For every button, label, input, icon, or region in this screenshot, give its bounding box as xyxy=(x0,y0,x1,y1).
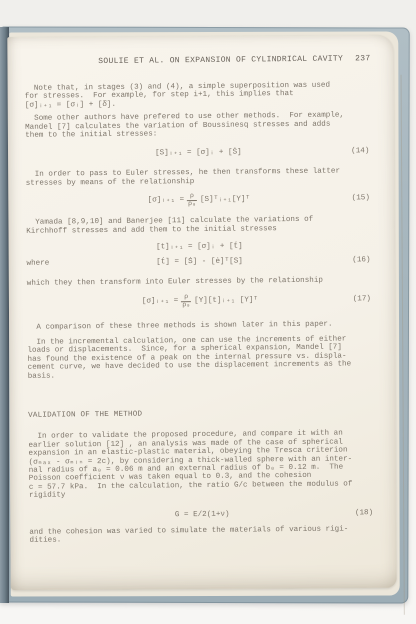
paragraph-superposition: Note that, in stages (3) and (4), a simp… xyxy=(25,81,371,110)
equation-15-number: (15) xyxy=(352,190,370,206)
equation-16-expr: [ṫ] = [Ṡ] - [ė]ᵀ[S] xyxy=(156,258,243,267)
section-heading-validation: VALIDATION OF THE METHOD xyxy=(28,408,374,420)
equation-18: G = E/2(1+ν) (18) xyxy=(29,508,375,522)
fraction-rho-rho0: ρ ρ₀ xyxy=(187,193,197,207)
paragraph-yamada-banerjee: Yamada [8,9,10] and Banerjee [11] calcul… xyxy=(26,215,372,235)
paragraph-validation: In order to validate the proposed proced… xyxy=(28,430,375,501)
equation-17: [σ]ᵢ₊₁ = ρ ρ₀ [Y][t]ᵢ₊₁ [Y]ᵀ (17) xyxy=(27,292,373,312)
paragraph-other-authors: Some other authors have prefered to use … xyxy=(25,111,371,140)
book-photo: SOULIE ET AL. ON EXPANSION OF CYLINDRICA… xyxy=(0,0,416,624)
fraction-rho-rho0-2: ρ ρ₀ xyxy=(181,295,191,309)
paragraph-comparison: A comparison of these three methods is s… xyxy=(27,321,373,333)
running-title: SOULIE ET AL. ON EXPANSION OF CYLINDRICA… xyxy=(98,55,343,67)
equation-kirchhoff-sum: [t]ᵢ₊₁ = [σ]ᵢ + [ṫ] xyxy=(26,240,372,254)
equation-16: where [ṫ] = [Ṡ] - [ė]ᵀ[S] (16) xyxy=(26,255,372,269)
equation-17-number: (17) xyxy=(353,292,371,308)
equation-14: [S]ᵢ₊₁ = [σ]ᵢ + [Ṡ] (14) xyxy=(25,147,371,161)
page-text: SOULIE ET AL. ON EXPANSION OF CYLINDRICA… xyxy=(24,54,375,545)
running-header: SOULIE ET AL. ON EXPANSION OF CYLINDRICA… xyxy=(24,54,370,67)
equation-17-rhs: [Y][t]ᵢ₊₁ [Y]ᵀ xyxy=(194,293,258,310)
paragraph-cohesion-varied: and the cohesion was varied to simulate … xyxy=(29,525,375,545)
paragraph-transform-euler: which they then transform into Euler str… xyxy=(27,276,373,288)
equation-16-where-label: where xyxy=(26,259,49,269)
book-page: SOULIE ET AL. ON EXPANSION OF CYLINDRICA… xyxy=(7,35,396,590)
paragraph-incremental: In the incremental calculation, one can … xyxy=(27,335,373,381)
paragraph-euler-stresses: In order to pass to Euler stresses, he t… xyxy=(26,168,372,188)
equation-15: [σ]ᵢ₊₁ = ρ ρ₀ [S]ᵀᵢ₊₁[Y]ᵀ (15) xyxy=(26,190,372,210)
equation-16-number: (16) xyxy=(352,255,370,265)
page-number: 237 xyxy=(355,54,370,63)
equation-18-number: (18) xyxy=(355,508,373,518)
equation-17-lhs: [σ]ᵢ₊₁ = xyxy=(142,294,179,310)
equation-kirchhoff-expr: [t]ᵢ₊₁ = [σ]ᵢ + [ṫ] xyxy=(156,243,243,252)
equation-14-expr: [S]ᵢ₊₁ = [σ]ᵢ + [Ṡ] xyxy=(155,149,242,158)
equation-14-number: (14) xyxy=(351,147,369,157)
equation-15-rhs: [S]ᵀᵢ₊₁[Y]ᵀ xyxy=(200,192,250,209)
equation-15-lhs: [σ]ᵢ₊₁ = xyxy=(148,192,185,208)
equation-18-expr: G = E/2(1+ν) xyxy=(175,510,230,519)
